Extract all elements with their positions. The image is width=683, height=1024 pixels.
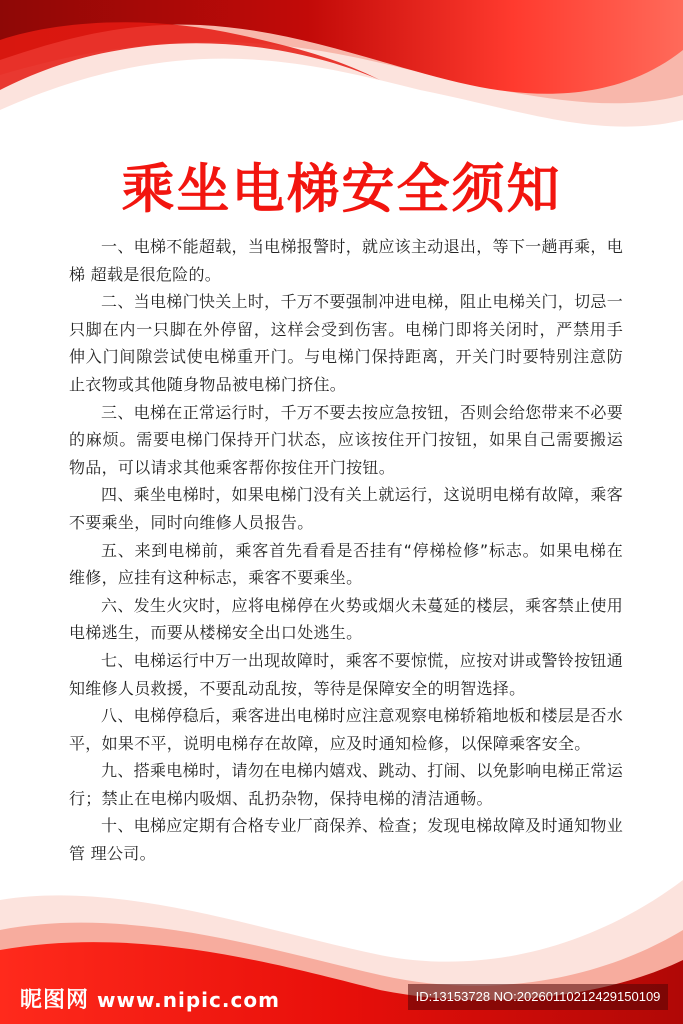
rule-7: 七、电梯运行中万一出现故障时，乘客不要惊慌，应按对讲或警铃按钮通知维修人员救援，…: [69, 647, 623, 702]
rule-10: 十、电梯应定期有合格专业厂商保养、检查；发现电梯故障及时通知物业管 理公司。: [69, 812, 623, 867]
rule-5: 五、来到电梯前，乘客首先看看是否挂有“停梯检修”标志。如果电梯在维修，应挂有这种…: [69, 537, 623, 592]
watermark-brand: 昵图网www.nipic.com: [20, 983, 280, 1014]
rule-8: 八、电梯停稳后，乘客进出电梯时应注意观察电梯轿箱地板和楼层是否水平，如果不平，说…: [69, 702, 623, 757]
rule-1: 一、电梯不能超载，当电梯报警时，就应该主动退出，等下一趟再乘，电梯 超载是很危险…: [69, 233, 623, 288]
watermark-brand-name: 昵图网: [20, 988, 89, 1013]
page-title: 乘坐电梯安全须知: [0, 158, 683, 222]
rule-9: 九、搭乘电梯时，请勿在电梯内嬉戏、跳动、打闹、以免影响电梯正常运行；禁止在电梯内…: [69, 757, 623, 812]
rule-2: 二、当电梯门快关上时，千万不要强制冲进电梯，阻止电梯关门，切忌一只脚在内一只脚在…: [69, 288, 623, 398]
watermark-site: www.nipic.com: [97, 988, 280, 1012]
rule-6: 六、发生火灾时，应将电梯停在火势或烟火未蔓延的楼层，乘客禁止使用电梯逃生，而要从…: [69, 592, 623, 647]
rule-4: 四、乘坐电梯时，如果电梯门没有关上就运行，这说明电梯有故障，乘客不要乘坐，同时向…: [69, 481, 623, 536]
rule-3: 三、电梯在正常运行时，千万不要去按应急按钮，否则会给您带来不必要的麻烦。需要电梯…: [69, 399, 623, 482]
watermark-id: ID:13153728 NO:20260110212429150109: [408, 984, 668, 1010]
rules-list: 一、电梯不能超载，当电梯报警时，就应该主动退出，等下一趟再乘，电梯 超载是很危险…: [69, 233, 623, 868]
